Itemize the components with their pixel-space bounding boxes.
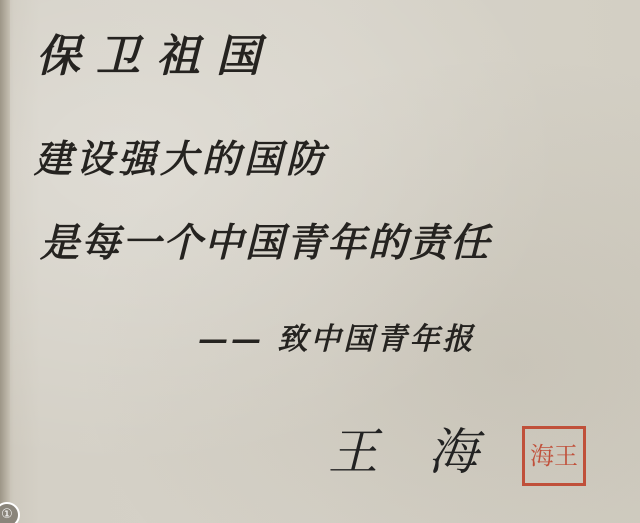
line-1-protect-motherland: 保卫祖国 xyxy=(36,20,276,84)
seal-char-1: 王 xyxy=(554,444,578,468)
seal-char-2: 海 xyxy=(530,444,554,468)
page-marker-badge: ① xyxy=(0,502,20,523)
line-3-youth-responsibility: 是每一个中国青年的责任 xyxy=(40,212,491,268)
paper-edge xyxy=(0,0,10,523)
calligraphy-photo: 保卫祖国 建设强大的国防 是每一个中国青年的责任 —— 致中国青年报 王海 王 … xyxy=(0,0,640,523)
line-2-build-defense: 建设强大的国防 xyxy=(34,128,328,183)
dedication-line: —— 致中国青年报 xyxy=(198,314,475,358)
signature: 王海 xyxy=(328,412,528,484)
red-seal-stamp: 王 海 xyxy=(522,426,586,486)
